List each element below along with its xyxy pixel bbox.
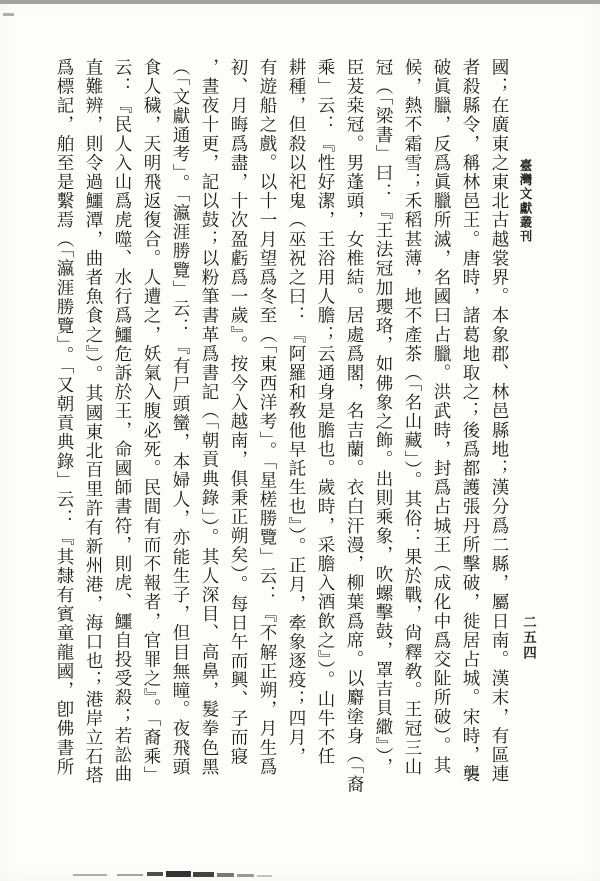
text-column: 乘」云：『性好潔，王浴用人膽；云通身是膽也。歲時，采膽入酒飲之』）。山牛不任 (311, 58, 340, 833)
text-column: 初、月晦爲盡，十次盈虧爲一歲』。按今入越南，俱秉正朔矣）。每日午而興、子而寢 (224, 58, 253, 833)
main-text-block: 國；在廣東之東北古越裳界。本象郡、林邑縣地；漢分爲二縣，屬日南。漢末，有區連者殺… (50, 58, 514, 833)
text-column: 冠（「梁書」曰：『王法冠加瓔珞，如佛象之飾。出則乘象，吹螺擊鼓，罩吉貝繖』）， (369, 58, 398, 833)
text-column: ，晝夜十更，記以鼓；以粉筆書革爲書記（「朝貢典錄」）。其人深目、高鼻，髮拳色黑 (195, 58, 224, 833)
scan-ink-artifact (193, 872, 214, 877)
scan-ink-artifact (117, 874, 143, 876)
series-title: 臺灣文獻叢刊 (516, 159, 534, 244)
text-column: 者殺縣令，稱林邑王。唐時，諸葛地取之；後爲都護張丹所擊破，徙居占城。宋時，襲 (456, 58, 485, 833)
scan-top-edge-artifact (0, 0, 600, 4)
text-column: 直難辨，則令過鱷潭，曲者魚食之』）。其國東北百里許有新州港，海口也；港岸立石塔 (79, 58, 108, 833)
text-column: 破眞臘，反爲眞臘所滅，名國曰占臘。洪武時，封爲占城王（成化中爲交阯所破）。其 (427, 58, 456, 833)
text-column: 云：『民人入山爲虎噬、水行爲鱷危訴於王，命國師書符，則虎、鱷自投受殺；若訟曲 (108, 58, 137, 833)
text-column: 有遊船之戲。以十一月望爲冬至（「東西洋考」。「星槎勝覽」云：『不解正朔，月生爲 (253, 58, 282, 833)
scan-ink-artifact (257, 875, 272, 877)
text-column: 候，熱不霜雪；禾稻甚薄，地不產茶（「名山藏」）。其俗：果於戰，尙釋敎。王冠三山 (398, 58, 427, 833)
text-column: 食人穢，天明飛返復合。人遭之，妖氣入腹必死。民間有而不報者，官罪之』。「裔乘」 (137, 58, 166, 833)
text-column: （「文獻通考」。「瀛涯勝覽」云：『有尸頭蠻，本婦人，亦能生子，但目無瞳。夜飛頭 (166, 58, 195, 833)
scan-ink-artifact (166, 871, 191, 877)
text-column: 耕種，但殺以祀鬼（巫祝之曰：『阿羅和敎他早託生也』）。正月，牽象逐疫；四月， (282, 58, 311, 833)
text-column: 國；在廣東之東北古越裳界。本象郡、林邑縣地；漢分爲二縣，屬日南。漢末，有區連 (485, 58, 514, 833)
text-column: 臣茇桒冠。男蓬頭，女椎結。居處爲閣，名吉蘭。衣白汗漫，柳葉爲席。以麝塗身（「裔 (340, 58, 369, 833)
scan-ink-artifact (73, 874, 107, 876)
text-column: 爲標記，舶至是繫焉（「瀛涯勝覽」。「又朝貢典錄」云：『其隸有賓童龍國，卽佛書所 (50, 58, 79, 833)
scan-ink-artifact (217, 873, 234, 877)
scan-speck-artifact (3, 13, 14, 16)
scan-ink-artifact (147, 872, 163, 876)
book-page-scan: 臺灣文獻叢刊 二五四 國；在廣東之東北古越裳界。本象郡、林邑縣地；漢分爲二縣，屬… (0, 0, 600, 881)
page-number: 二五四 (518, 615, 538, 661)
scan-ink-artifact (237, 874, 254, 877)
